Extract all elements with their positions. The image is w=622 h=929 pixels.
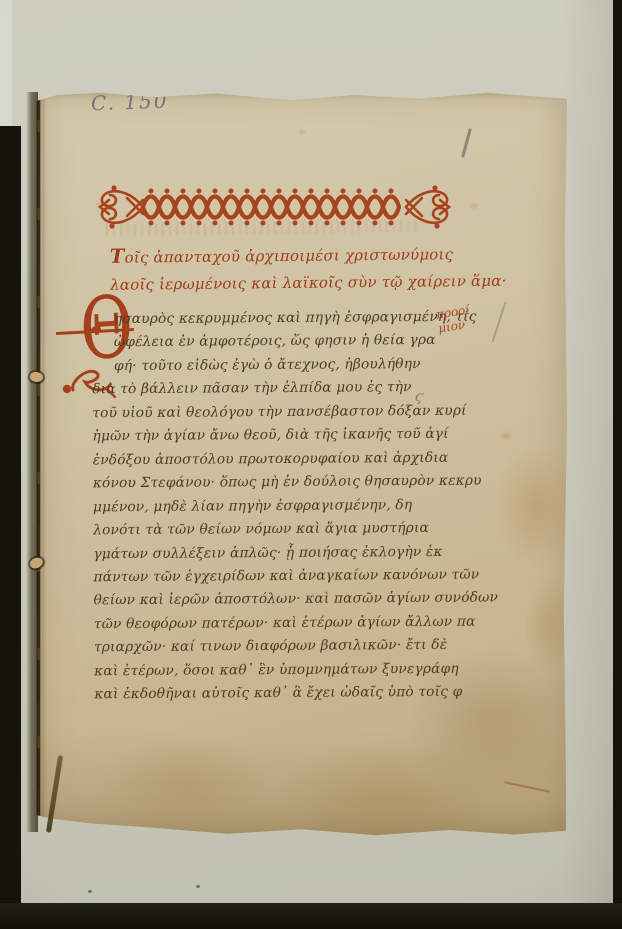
text-line: καὶ ἑτέρων, ὅσοι καθ᾽ ἓν ὑπομνημάτων ξυν… (94, 657, 474, 683)
photo-frame-bottom (0, 903, 622, 929)
rubric-line: λαοῖς ἱερωμένοις καὶ λαϊκοῖς σὺν τῷ χαίρ… (110, 268, 458, 298)
text-line: μμένον, μηδὲ λίαν πηγὴν ἐσφραγισμένην, δ… (93, 493, 473, 519)
margin-note-prooimion: προοί μιον (435, 303, 473, 336)
text-line: ησαυρὸς κεκρυμμένος καὶ πηγὴ ἐσφραγισμέν… (92, 306, 472, 332)
text-line: πάντων τῶν ἐγχειρίδων καὶ ἀναγκαίων κανό… (93, 564, 473, 590)
gutter-crack-line (37, 86, 40, 820)
text-line: ὠφέλεια ἐν ἀμφοτέροις, ὥς φησιν ἡ θεία γ… (92, 329, 472, 355)
red-scratch (504, 781, 549, 793)
manuscript-page: C. 150 Τοῖς ἁπανταχοῦ ἀρχιποιμέσι χριστω… (36, 86, 567, 836)
manuscript-photo: C. 150 Τοῖς ἁπανταχοῦ ἀρχιποιμέσι χριστω… (0, 0, 622, 929)
text-line: φή· τοῦτο εἰδὼς ἐγὼ ὁ ἄτεχνος, ἠβουλήθην (92, 353, 472, 379)
flyleaf-edge-sliver (0, 0, 12, 132)
text-line: θείων καὶ ἱερῶν ἀποστόλων· καὶ πασῶν ἁγί… (94, 587, 474, 613)
text-line: κόνου Στεφάνου· ὅπως μὴ ἐν δούλοις θησαυ… (93, 470, 473, 496)
folio-number-pencil-stroke (461, 128, 472, 158)
text-line: ἡμῶν τὴν ἁγίαν ἄνω θεοῦ, διὰ τῆς ἱκανῆς … (92, 423, 472, 449)
interlace-headband-ornament (97, 184, 452, 230)
debris-speck (88, 890, 92, 893)
photo-frame-right (613, 0, 622, 929)
text-line: τριαρχῶν· καί τινων διαφόρων βασιλικῶν· … (94, 634, 474, 660)
text-line: τῶν θεοφόρων πατέρων· καὶ ἑτέρων ἁγίων ἄ… (94, 611, 474, 637)
text-line: ἐνδόξου ἀποστόλου πρωτοκορυφαίου καὶ ἀρχ… (93, 446, 473, 472)
text-line: γμάτων συλλέξειν ἁπλῶς· ᾗ ποιήσας ἐκλογὴ… (93, 540, 473, 566)
photo-frame-left (0, 126, 21, 929)
pencil-scratch (492, 302, 507, 343)
debris-speck (196, 885, 200, 888)
text-line: λονότι τὰ τῶν θείων νόμων καὶ ἅγια μυστή… (93, 517, 473, 543)
text-line: καὶ ἐκδοθῆναι αὐτοῖς καθ᾽ ἃ ἔχει ὠδαῖς ὑ… (94, 681, 474, 707)
rubric-line: Τοῖς ἁπανταχοῦ ἀρχιποιμέσι χριστωνύμοις (110, 240, 458, 271)
main-text-block: ησαυρὸς κεκρυμμένος καὶ πηγὴ ἐσφραγισμέν… (92, 306, 475, 707)
rubric-title: Τοῖς ἁπανταχοῦ ἀρχιποιμέσι χριστωνύμοις … (110, 240, 459, 298)
